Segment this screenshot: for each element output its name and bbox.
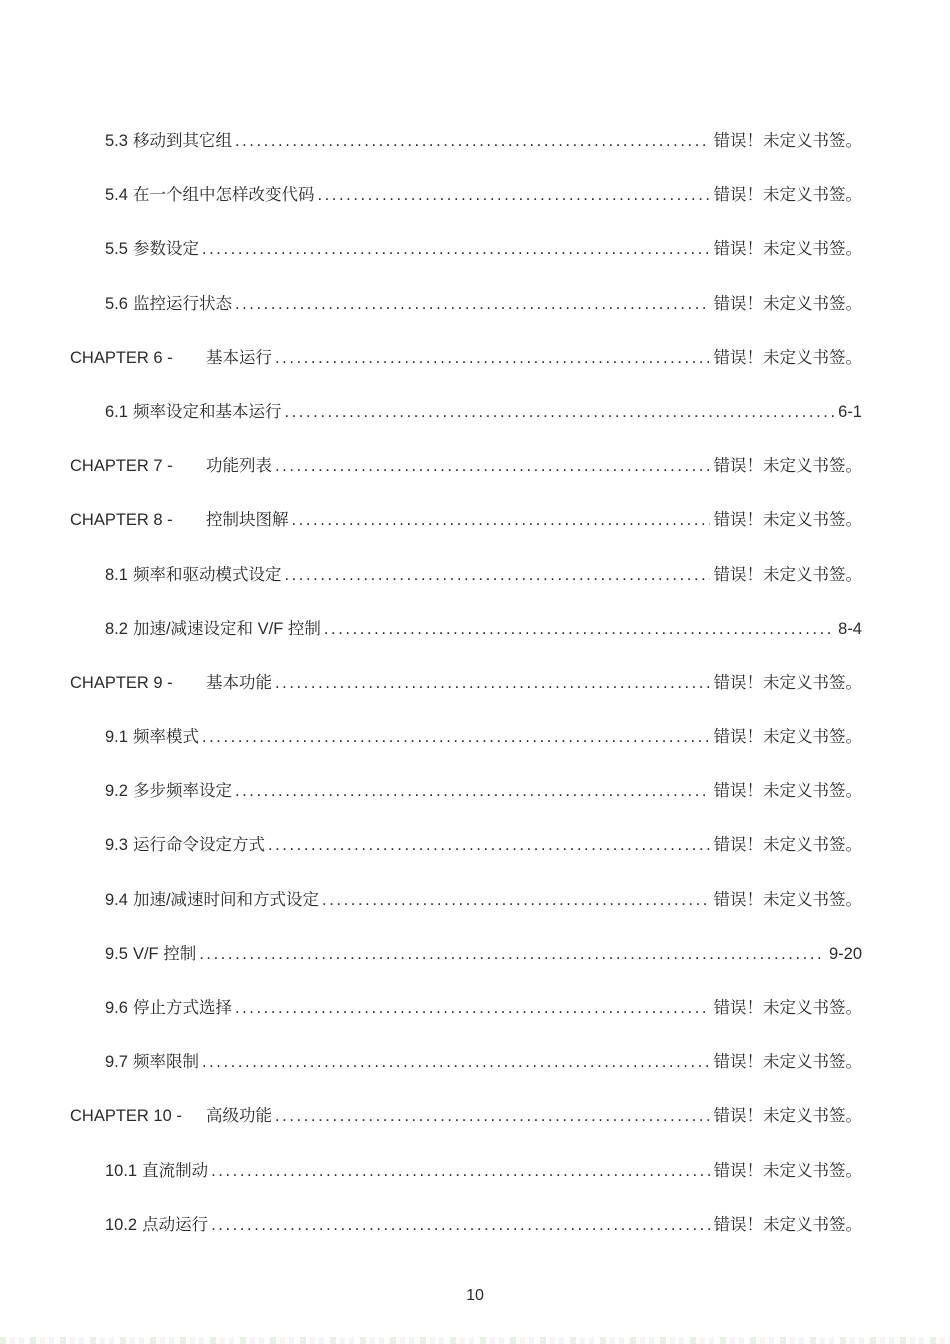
- toc-leader-dots: [202, 710, 710, 764]
- toc-entry[interactable]: 10.2 点动运行 错误！未定义书签。: [70, 1198, 862, 1252]
- toc-leader-dots: [235, 277, 710, 331]
- toc-entry-number: CHAPTER 7 -: [70, 439, 206, 493]
- toc-entry[interactable]: 9.2 多步频率设定 错误！未定义书签。: [70, 764, 862, 818]
- toc-entry-title: 频率设定和基本运行: [133, 385, 282, 439]
- toc-entry-title: 频率限制: [133, 1035, 199, 1089]
- toc-entry-pageref: 错误！未定义书签。: [714, 1144, 863, 1198]
- toc-entry-title: 停止方式选择: [133, 981, 232, 1035]
- toc-entry[interactable]: 8.2 加速/减速设定和 V/F 控制 8-4: [70, 602, 862, 656]
- scan-artifact-strip: [0, 1337, 950, 1344]
- toc-entry-pageref: 错误！未定义书签。: [714, 168, 863, 222]
- toc-entry[interactable]: 9.4 加速/减速时间和方式设定 错误！未定义书签。: [70, 873, 862, 927]
- toc-leader-dots: [324, 602, 834, 656]
- toc-entry-pageref: 错误！未定义书签。: [714, 331, 863, 385]
- toc-entry-title: 功能列表: [206, 439, 272, 493]
- toc-entry-title: 监控运行状态: [133, 277, 232, 331]
- toc-entry-title: 频率和驱动模式设定: [133, 548, 282, 602]
- toc-entry[interactable]: 9.6 停止方式选择 错误！未定义书签。: [70, 981, 862, 1035]
- toc-entry[interactable]: 9.5 V/F 控制 9-20: [70, 927, 862, 981]
- toc-entry-pageref: 错误！未定义书签。: [714, 114, 863, 168]
- toc-entry-number: CHAPTER 8 -: [70, 493, 206, 547]
- toc-entry-pageref: 6-1: [838, 385, 862, 439]
- toc-leader-dots: [268, 818, 710, 872]
- toc-leader-dots: [275, 1089, 710, 1143]
- toc-entry[interactable]: 8.1 频率和驱动模式设定 错误！未定义书签。: [70, 548, 862, 602]
- toc-entry-pageref: 错误！未定义书签。: [714, 1198, 863, 1252]
- toc-entry-pageref: 8-4: [838, 602, 862, 656]
- toc-entry-pageref: 错误！未定义书签。: [714, 1089, 863, 1143]
- toc-leader-dots: [211, 1144, 709, 1198]
- page-number: 10: [466, 1287, 484, 1304]
- toc-leader-dots: [275, 331, 710, 385]
- toc-entry-title: 直流制动: [142, 1144, 208, 1198]
- toc-entry-number: CHAPTER 10 -: [70, 1089, 206, 1143]
- toc-entry-title: 运行命令设定方式: [133, 818, 265, 872]
- toc-entry-number: 5.5: [105, 222, 128, 276]
- toc-entry[interactable]: CHAPTER 7 - 功能列表 错误！未定义书签。: [70, 439, 862, 493]
- toc-entry-number: 10.2: [105, 1198, 137, 1252]
- toc-entry-number: 8.1: [105, 548, 128, 602]
- toc-leader-dots: [317, 168, 709, 222]
- toc-entry-number: 9.2: [105, 764, 128, 818]
- toc-entry-pageref: 错误！未定义书签。: [714, 493, 863, 547]
- toc-list: 5.3 移动到其它组 错误！未定义书签。 5.4 在一个组中怎样改变代码 错误！…: [70, 114, 862, 1252]
- toc-entry[interactable]: 6.1 频率设定和基本运行 6-1: [70, 385, 862, 439]
- toc-entry-title: 高级功能: [206, 1089, 272, 1143]
- toc-leader-dots: [275, 656, 710, 710]
- toc-leader-dots: [284, 548, 709, 602]
- toc-entry-pageref: 错误！未定义书签。: [714, 981, 863, 1035]
- toc-entry-number: 5.3: [105, 114, 128, 168]
- toc-leader-dots: [202, 1035, 710, 1089]
- toc-entry-title: V/F 控制: [133, 927, 196, 981]
- toc-entry[interactable]: CHAPTER 6 - 基本运行 错误！未定义书签。: [70, 331, 862, 385]
- toc-entry-title: 频率模式: [133, 710, 199, 764]
- toc-entry[interactable]: CHAPTER 9 - 基本功能 错误！未定义书签。: [70, 656, 862, 710]
- toc-entry[interactable]: CHAPTER 10 - 高级功能 错误！未定义书签。: [70, 1089, 862, 1143]
- toc-entry-title: 在一个组中怎样改变代码: [133, 168, 315, 222]
- toc-entry-pageref: 9-20: [829, 927, 862, 981]
- toc-entry-number: 10.1: [105, 1144, 137, 1198]
- toc-entry-number: 9.1: [105, 710, 128, 764]
- toc-entry-number: 9.7: [105, 1035, 128, 1089]
- toc-entry[interactable]: 10.1 直流制动 错误！未定义书签。: [70, 1144, 862, 1198]
- toc-entry-number: 9.3: [105, 818, 128, 872]
- toc-entry-title: 基本功能: [206, 656, 272, 710]
- page-footer: 10: [0, 1286, 950, 1306]
- toc-entry[interactable]: 9.3 运行命令设定方式 错误！未定义书签。: [70, 818, 862, 872]
- toc-entry-title: 多步频率设定: [133, 764, 232, 818]
- toc-entry-title: 控制块图解: [206, 493, 289, 547]
- toc-entry-title: 点动运行: [142, 1198, 208, 1252]
- toc-entry[interactable]: 5.6 监控运行状态 错误！未定义书签。: [70, 277, 862, 331]
- toc-entry-pageref: 错误！未定义书签。: [714, 818, 863, 872]
- toc-leader-dots: [284, 385, 834, 439]
- toc-leader-dots: [235, 114, 710, 168]
- toc-entry-title: 移动到其它组: [133, 114, 232, 168]
- toc-entry-number: 5.4: [105, 168, 128, 222]
- toc-entry-title: 参数设定: [133, 222, 199, 276]
- toc-leader-dots: [275, 439, 710, 493]
- toc-leader-dots: [235, 764, 710, 818]
- toc-entry-number: 9.6: [105, 981, 128, 1035]
- toc-entry[interactable]: 5.3 移动到其它组 错误！未定义书签。: [70, 114, 862, 168]
- toc-leader-dots: [199, 927, 825, 981]
- toc-entry-pageref: 错误！未定义书签。: [714, 873, 863, 927]
- toc-leader-dots: [322, 873, 709, 927]
- toc-entry-number: 9.4: [105, 873, 128, 927]
- toc-entry[interactable]: CHAPTER 8 - 控制块图解 错误！未定义书签。: [70, 493, 862, 547]
- toc-entry-pageref: 错误！未定义书签。: [714, 277, 863, 331]
- toc-leader-dots: [292, 493, 710, 547]
- toc-entry-number: 5.6: [105, 277, 128, 331]
- toc-entry-pageref: 错误！未定义书签。: [714, 656, 863, 710]
- toc-entry[interactable]: 9.7 频率限制 错误！未定义书签。: [70, 1035, 862, 1089]
- toc-entry-number: 8.2: [105, 602, 128, 656]
- toc-entry-number: 6.1: [105, 385, 128, 439]
- toc-leader-dots: [211, 1198, 709, 1252]
- document-page: 5.3 移动到其它组 错误！未定义书签。 5.4 在一个组中怎样改变代码 错误！…: [0, 0, 950, 1344]
- toc-entry-pageref: 错误！未定义书签。: [714, 439, 863, 493]
- toc-entry[interactable]: 9.1 频率模式 错误！未定义书签。: [70, 710, 862, 764]
- toc-entry-number: CHAPTER 6 -: [70, 331, 206, 385]
- toc-leader-dots: [235, 981, 710, 1035]
- toc-entry-pageref: 错误！未定义书签。: [714, 710, 863, 764]
- toc-entry[interactable]: 5.4 在一个组中怎样改变代码 错误！未定义书签。: [70, 168, 862, 222]
- toc-entry[interactable]: 5.5 参数设定 错误！未定义书签。: [70, 222, 862, 276]
- toc-entry-title: 加速/减速设定和 V/F 控制: [133, 602, 321, 656]
- toc-entry-title: 加速/减速时间和方式设定: [133, 873, 319, 927]
- toc-entry-pageref: 错误！未定义书签。: [714, 548, 863, 602]
- toc-entry-pageref: 错误！未定义书签。: [714, 764, 863, 818]
- toc-entry-number: CHAPTER 9 -: [70, 656, 206, 710]
- toc-entry-title: 基本运行: [206, 331, 272, 385]
- toc-entry-pageref: 错误！未定义书签。: [714, 222, 863, 276]
- toc-entry-number: 9.5: [105, 927, 128, 981]
- toc-entry-pageref: 错误！未定义书签。: [714, 1035, 863, 1089]
- toc-leader-dots: [202, 222, 710, 276]
